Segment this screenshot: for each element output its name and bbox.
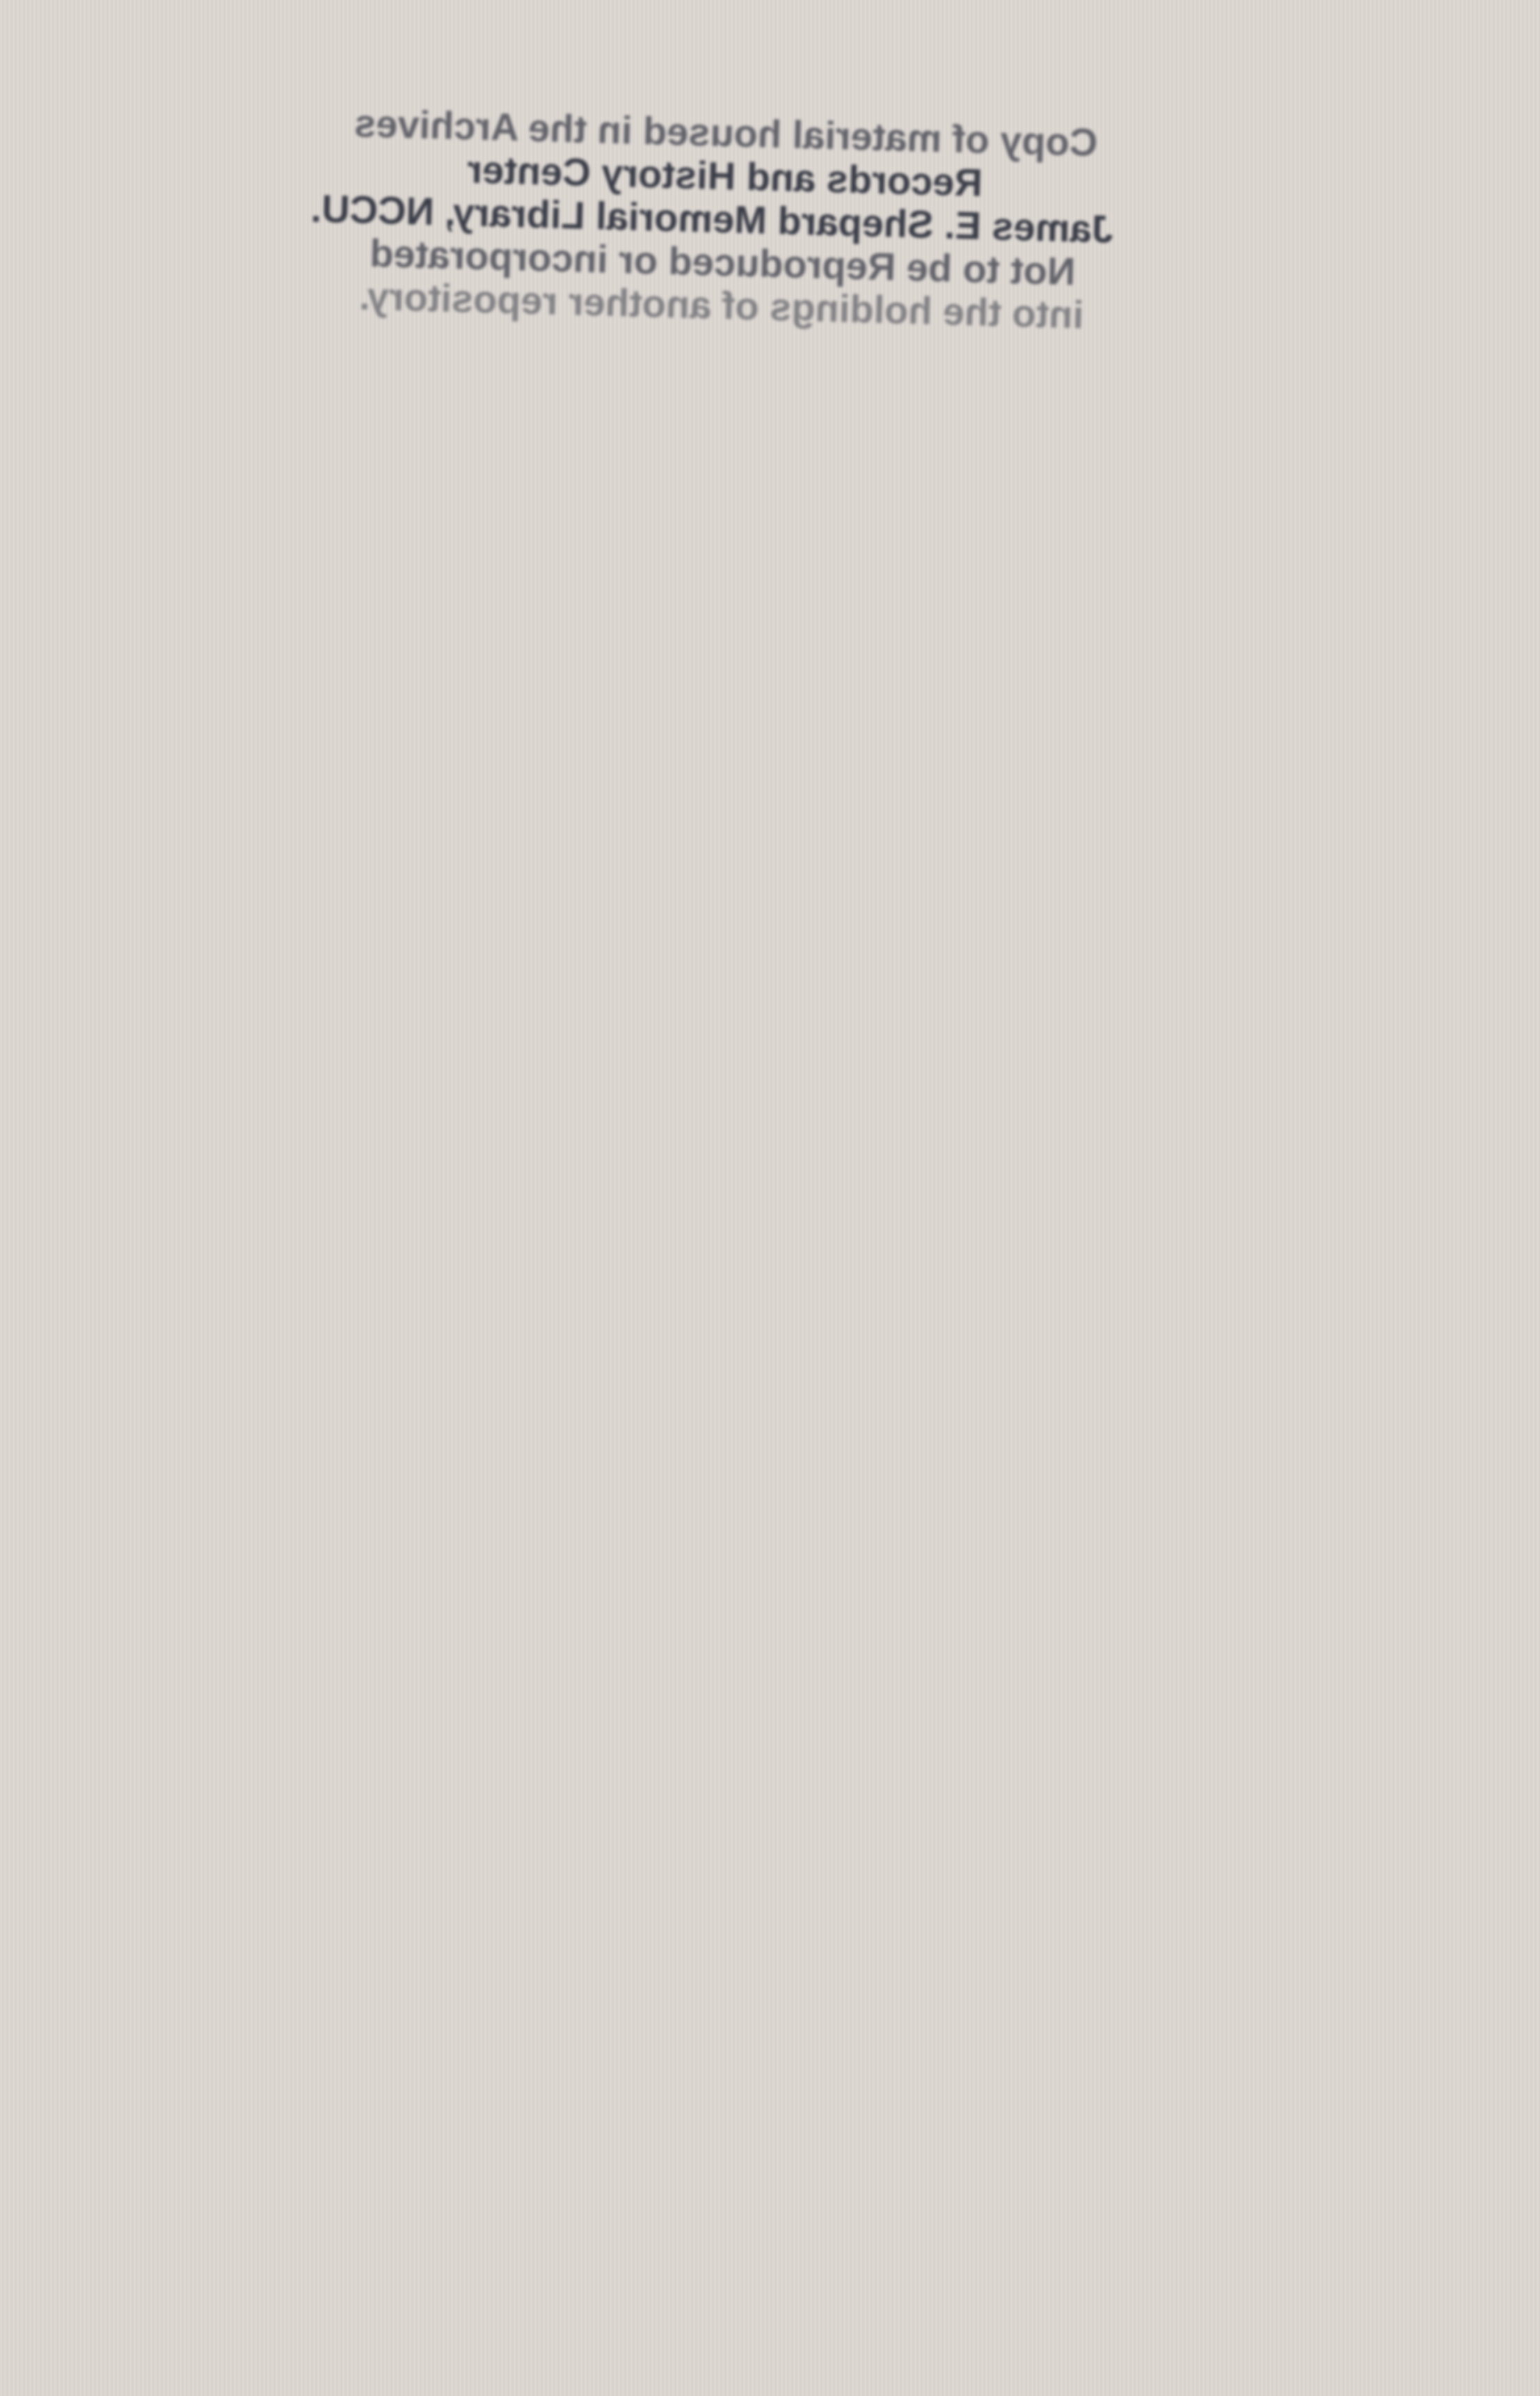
archive-stamp-mirrored: Copy of material housed in the Archives … — [331, 101, 1116, 337]
scanned-page — [0, 0, 1540, 2396]
